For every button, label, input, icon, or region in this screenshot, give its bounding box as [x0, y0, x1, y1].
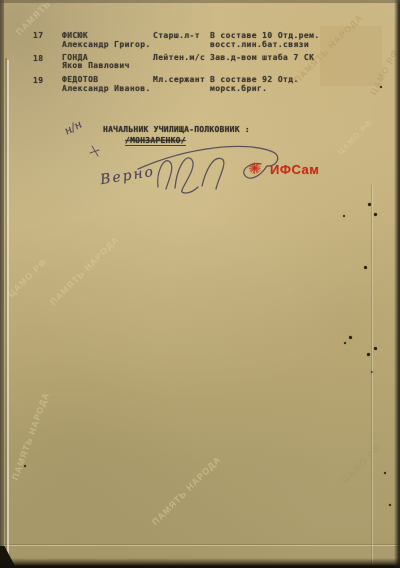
row-surname: ФИСЮК: [62, 32, 88, 40]
archive-watermark: ПАМЯТЬ НАРОДА: [150, 454, 223, 527]
paper-speck: [364, 266, 367, 269]
row-assignment: В составе 92 Отд.: [210, 76, 299, 84]
row-assignment: морск.бриг.: [210, 85, 267, 93]
red-archive-stamp: ✳ ✳ ИФСам: [248, 160, 319, 178]
commander-title-line: НАЧАЛЬНИК УЧИЛИЩА-ПОЛКОВНИК :: [103, 126, 250, 134]
row-surname: ФЕДОТОВ: [62, 76, 99, 84]
row-given-name: Александр Григор.: [62, 41, 151, 49]
row-rank: Старш.л-т: [153, 32, 200, 40]
scan-edge-left: [0, 0, 4, 568]
scan-edge-bottom: [0, 558, 400, 568]
paper-speck: [24, 465, 26, 467]
archive-watermark: ПАМЯТЬ НАРОДА: [10, 391, 51, 482]
scan-edge-top: [0, 0, 400, 3]
stamp-label: ИФСам: [270, 162, 319, 177]
row-assignment: восст.лин.бат.связи: [210, 41, 309, 49]
paper-speck: [343, 215, 345, 217]
paper-speck: [374, 213, 377, 216]
paper-speck: [374, 347, 377, 350]
row-number: 18: [33, 55, 43, 63]
horizontal-fold-crease: [0, 544, 400, 546]
row-rank: Лейтен.м/с: [153, 54, 205, 62]
paper-speck: [367, 353, 370, 356]
row-given-name: Яков Павлович: [62, 62, 130, 70]
paper-speck: [368, 203, 371, 206]
paper-speck: [389, 504, 391, 506]
archive-watermark: ЦАМО РФ: [336, 118, 375, 157]
paper-speck: [349, 336, 352, 339]
scan-edge-right: [394, 0, 400, 568]
vertical-fold-crease: [372, 185, 373, 568]
row-number: 19: [33, 77, 43, 85]
paper-discoloration-patch: [320, 26, 382, 86]
row-assignment: Зав.д-вом штаба 7 СК: [210, 54, 314, 62]
handwritten-margin-note: н/н: [62, 117, 84, 137]
row-number: 17: [33, 32, 43, 40]
paper-speck: [344, 342, 346, 344]
archive-watermark: ПАМЯТЬ НАРОДА: [48, 234, 121, 307]
paper-speck: [384, 472, 386, 474]
archive-watermark: ЦАМО РФ: [340, 442, 383, 485]
row-assignment: В составе 10 Отд.рем.: [210, 32, 320, 40]
row-given-name: Александр Иванов.: [62, 85, 151, 93]
row-rank: Мл.сержант: [153, 76, 205, 84]
archive-watermark: ЦАМО РФ: [6, 256, 49, 299]
scanned-document-page: ПАМЯТЬ НАРОДА ПАМЯТЬ НАРОДА ЦАМО РФ ЦАМО…: [0, 0, 400, 568]
paper-speck: [380, 86, 382, 88]
left-fold-highlight: [7, 60, 9, 558]
red-starburst-icon: ✳ ✳: [248, 160, 266, 178]
